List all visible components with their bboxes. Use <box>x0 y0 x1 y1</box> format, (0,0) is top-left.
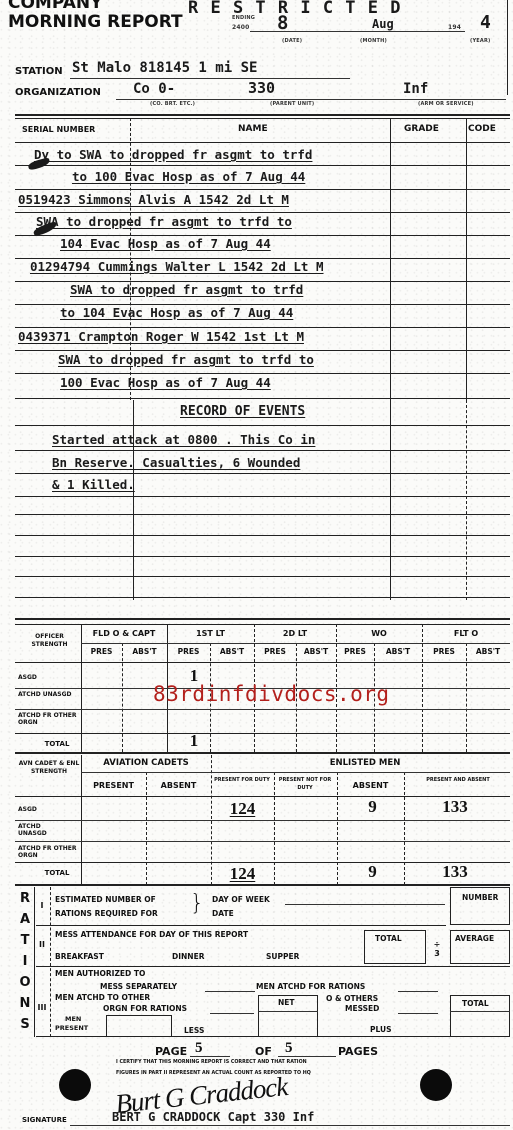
average-label: AVERAGE <box>455 934 494 943</box>
roster-rule <box>15 327 510 328</box>
estimated-number-label: ESTIMATED NUMBER OF <box>55 895 156 904</box>
mess-total-label: TOTAL <box>375 934 402 943</box>
ending-label: ENDING <box>232 15 255 21</box>
present-label: PRESENT <box>55 1024 88 1032</box>
plus-label: PLUS <box>370 1025 392 1034</box>
men-atchd-for-rations-label: MEN ATCHD FOR RATIONS <box>256 982 365 991</box>
col-present-not-for-duty: PRESENT NOT FOR DUTY <box>276 776 334 792</box>
rations-side-letter: R <box>18 891 32 906</box>
organization-arm: Inf <box>403 81 428 97</box>
men-present-box[interactable] <box>106 1015 172 1037</box>
record-of-events-title: RECORD OF EVENTS <box>180 404 305 419</box>
month-caption: (MONTH) <box>360 38 387 44</box>
watermark-text: 83rdinfdivdocs.org <box>153 682 390 706</box>
form-title-morning-report: MORNING REPORT <box>8 14 183 31</box>
dinner-label: DINNER <box>172 952 204 961</box>
officer-table-top <box>15 624 510 625</box>
officer-group-flt-o: FLT O <box>422 629 510 638</box>
officer-group-1st-lt: 1ST LT <box>167 629 254 638</box>
roster-line: SWA to dropped fr asgmt to trfd to <box>36 214 292 229</box>
subcol-pres: PRES <box>81 647 122 656</box>
men-label: MEN <box>65 1015 81 1023</box>
orgn-for-rations-label: ORGN FOR RATIONS <box>103 1004 187 1013</box>
officer-row-atchd-fr-other: ATCHD FR OTHER ORGN <box>18 712 80 726</box>
date-caption: (DATE) <box>282 38 302 44</box>
event-line: Bn Reserve. Casualties, 6 Wounded <box>52 455 300 470</box>
officer-header-rule <box>15 662 510 663</box>
time-label: 2400 <box>232 24 250 31</box>
officers-others-label: O & OTHERS <box>326 994 378 1003</box>
rations-side-letter: S <box>18 1017 32 1032</box>
enlisted-asgd-absent: 9 <box>350 797 395 817</box>
col-enlisted-absent: ABSENT <box>337 781 404 790</box>
column-header-name: NAME <box>238 124 268 134</box>
roster-rule <box>15 212 510 213</box>
roster-line: SWA to dropped fr asgmt to trfd <box>70 282 303 297</box>
enlisted-row-total: TOTAL <box>40 869 74 877</box>
pages-label: PAGES <box>338 1045 378 1058</box>
rations-side-letter: A <box>18 912 32 927</box>
station-value: St Malo 818145 1 mi SE <box>72 60 257 76</box>
col-cadets-present: PRESENT <box>81 781 146 790</box>
events-col-divider <box>390 400 391 600</box>
officer-row-rule <box>15 709 510 710</box>
page-number-line <box>190 1056 230 1057</box>
brace-icon: } <box>190 893 204 915</box>
organization-parent-unit: 330 <box>248 79 275 97</box>
rations-section-rule <box>36 966 510 967</box>
total-pages-line <box>278 1056 336 1057</box>
subcol-pres: PRES <box>422 647 466 656</box>
roster-line: 0439371 Crampton Roger W 1542 1st Lt M <box>18 329 304 344</box>
station-label: STATION <box>15 66 63 77</box>
men-atchd-other-label: MEN ATCHD TO OTHER <box>55 993 150 1002</box>
officer-group-fld-o-capt: FLD O & CAPT <box>81 629 167 638</box>
mess-separately-label: MESS SEPARATELY <box>100 982 177 991</box>
page-number: 5 <box>195 1040 203 1057</box>
roster-rule <box>15 189 510 190</box>
certification-line-1: I CERTIFY THAT THIS MORNING REPORT IS CO… <box>116 1060 307 1065</box>
divide-by-three: ÷ 3 <box>430 940 444 958</box>
page-label: PAGE <box>155 1045 187 1058</box>
officer-row-rule <box>15 733 510 734</box>
rations-side-letter: I <box>18 954 32 969</box>
arm-caption: (ARM OR SERVICE) <box>418 101 474 107</box>
column-header-code: CODE <box>468 124 496 134</box>
roster-line: to 104 Evac Hosp as of 7 Aug 44 <box>60 305 293 320</box>
day-of-week-label: DAY OF WEEK <box>212 895 270 904</box>
roster-line: 0519423 Simmons Alvis A 1542 2d Lt M <box>18 192 289 207</box>
officer-row-total: TOTAL <box>40 740 74 748</box>
number-label: NUMBER <box>462 893 498 902</box>
enlisted-strength-header: AVN CADET & ENL STRENGTH <box>18 760 80 776</box>
rations-side-letter: T <box>18 933 32 948</box>
officer-subcol-line <box>466 643 467 752</box>
rations-section-iii-numeral: III <box>36 1003 48 1012</box>
total-pages: 5 <box>285 1040 293 1057</box>
signature-label: SIGNATURE <box>22 1116 67 1124</box>
supper-label: SUPPER <box>266 952 299 961</box>
orgn-rations-line <box>210 1013 254 1014</box>
right-margin-line <box>507 0 508 95</box>
atchd-rations-line <box>398 991 438 992</box>
enlisted-total-present-for-duty: 124 <box>220 864 265 884</box>
rations-numeral-divider <box>50 887 51 1037</box>
rations-bottom-rule <box>36 1036 510 1037</box>
roster-line: 104 Evac Hosp as of 7 Aug 44 <box>60 236 271 251</box>
rations-total-label: TOTAL <box>462 999 489 1008</box>
events-rule <box>15 597 510 598</box>
rations-section-i-numeral: I <box>36 901 48 910</box>
officer-subcol-line <box>122 643 123 752</box>
officer-table-bottom <box>15 752 510 754</box>
column-header-grade: GRADE <box>404 124 439 134</box>
officer-group-wo: WO <box>336 629 422 638</box>
year-prefix: 194 <box>448 24 461 31</box>
rations-required-label: RATIONS REQUIRED FOR <box>55 909 158 918</box>
officer-group-2d-lt: 2D LT <box>254 629 336 638</box>
binder-hole-right-icon <box>420 1069 452 1101</box>
breakfast-label: BREAKFAST <box>55 952 104 961</box>
enlisted-group-rule <box>81 772 510 773</box>
enlisted-asgd-present-and-absent: 133 <box>425 797 485 817</box>
subcol-pres: PRES <box>167 647 210 656</box>
messed-label: MESSED <box>345 1004 379 1013</box>
organization-underline <box>116 99 506 100</box>
roster-line: to 100 Evac Hosp as of 7 Aug 44 <box>72 169 305 184</box>
group-enlisted-men: ENLISTED MEN <box>300 758 430 768</box>
enlisted-total-absent: 9 <box>350 862 395 882</box>
roster-line: SWA to dropped fr asgmt to trfd to <box>58 352 314 367</box>
roster-rule <box>15 165 510 166</box>
rations-side-letter: N <box>18 996 32 1011</box>
col-present-for-duty: PRESENT FOR DUTY <box>213 776 271 784</box>
report-year: 4 <box>480 12 491 33</box>
parent-caption: (PARENT UNIT) <box>270 101 314 107</box>
company-caption: (CO. BRT. ETC.) <box>150 101 195 107</box>
form-title-company: COMPANY <box>8 0 102 12</box>
subcol-abst: ABS'T <box>210 647 254 656</box>
enlisted-asgd-present-for-duty: 124 <box>220 799 265 819</box>
events-rule <box>15 450 510 451</box>
day-of-week-line <box>285 904 445 905</box>
total-box-rule <box>450 1011 510 1012</box>
events-rule <box>15 496 510 497</box>
events-col-divider <box>133 400 134 600</box>
roster-col-divider-3 <box>466 118 467 400</box>
events-rule <box>15 473 510 474</box>
mess-attendance-label: MESS ATTENDANCE FOR DAY OF THIS REPORT <box>55 930 248 939</box>
group-aviation-cadets: AVIATION CADETS <box>81 758 211 768</box>
rations-side-letter: O <box>18 975 32 990</box>
events-rule <box>15 425 510 426</box>
events-rule <box>15 535 510 536</box>
col-present-and-absent: PRESENT AND ABSENT <box>410 776 506 784</box>
subcol-pres: PRES <box>254 647 296 656</box>
events-bottom-rule <box>15 618 510 620</box>
officer-row-asgd: ASGD <box>18 674 48 681</box>
enlisted-row-rule <box>15 841 510 842</box>
of-label: OF <box>255 1045 272 1058</box>
rations-section-ii-numeral: II <box>36 940 48 949</box>
officer-row-atchd-unasgd: ATCHD UNASGD <box>18 691 78 698</box>
roster-rule <box>15 373 510 374</box>
mess-separately-line <box>205 991 255 992</box>
col-cadets-absent: ABSENT <box>146 781 211 790</box>
men-authorized-label: MEN AUTHORIZED TO <box>55 969 145 978</box>
year-caption: (YEAR) <box>470 38 491 44</box>
column-header-serial: SERIAL NUMBER <box>22 125 95 134</box>
events-rule <box>15 556 510 557</box>
enlisted-row-atchd-unasgd: ATCHD UNASGD <box>18 823 70 837</box>
station-underline <box>70 78 350 79</box>
enlisted-row-atchd-fr-other: ATCHD FR OTHER ORGN <box>18 845 80 859</box>
roster-line: Dy to SWA to dropped fr asgmt to trfd <box>34 147 312 162</box>
rations-side-divider <box>34 887 35 1037</box>
subcol-abst: ABS'T <box>374 647 422 656</box>
event-line: Started attack at 0800 . This Co in <box>52 432 315 447</box>
messed-line <box>398 1013 438 1014</box>
ink-mark <box>27 157 50 170</box>
officer-group-rule <box>81 643 510 644</box>
subcol-abst: ABS'T <box>466 647 510 656</box>
enlisted-table-bottom <box>15 884 510 886</box>
less-label: LESS <box>184 1026 204 1035</box>
roster-rule <box>15 142 510 143</box>
officer-total-1st-lt-pres: 1 <box>184 731 204 751</box>
organization-company: Co 0- <box>133 81 175 97</box>
events-col-divider <box>466 400 467 600</box>
binder-hole-left-icon <box>59 1069 91 1101</box>
subcol-pres: PRES <box>336 647 374 656</box>
net-box-rule <box>258 1011 318 1012</box>
organization-label: ORGANIZATION <box>15 87 101 98</box>
report-day: 8 <box>277 12 288 34</box>
enlisted-total-present-and-absent: 133 <box>425 862 485 882</box>
morning-report-page: COMPANY MORNING REPORT R E S T R I C T E… <box>0 0 513 1130</box>
roster-rule <box>15 398 510 399</box>
roster-col-divider-2 <box>390 118 391 400</box>
signature-line <box>70 1125 510 1126</box>
report-month: Aug <box>372 17 394 31</box>
events-rule <box>15 514 510 515</box>
officer-strength-header: OFFICER STRENGTH <box>22 633 77 649</box>
signature-typed: BERT G CRADDOCK Capt 330 Inf <box>112 1110 314 1124</box>
events-rule <box>15 576 510 577</box>
roster-top-rule <box>15 114 510 116</box>
classification-stamp: R E S T R I C T E D <box>188 0 401 18</box>
subcol-abst: ABS'T <box>296 647 336 656</box>
event-line: & 1 Killed. <box>52 477 135 492</box>
enlisted-row-asgd: ASGD <box>18 806 48 813</box>
date-label: DATE <box>212 909 234 918</box>
roster-rule <box>15 350 510 351</box>
enlisted-col-line <box>404 772 405 885</box>
enlisted-col-line <box>274 772 275 885</box>
roster-top-rule-2 <box>15 118 510 119</box>
roster-line: 01294794 Cummings Walter L 1542 2d Lt M <box>30 259 324 274</box>
net-label: NET <box>278 998 295 1007</box>
rations-section-rule <box>36 925 446 926</box>
roster-line: 100 Evac Hosp as of 7 Aug 44 <box>60 375 271 390</box>
subcol-abst: ABS'T <box>122 647 167 656</box>
enlisted-row-rule <box>15 820 510 821</box>
